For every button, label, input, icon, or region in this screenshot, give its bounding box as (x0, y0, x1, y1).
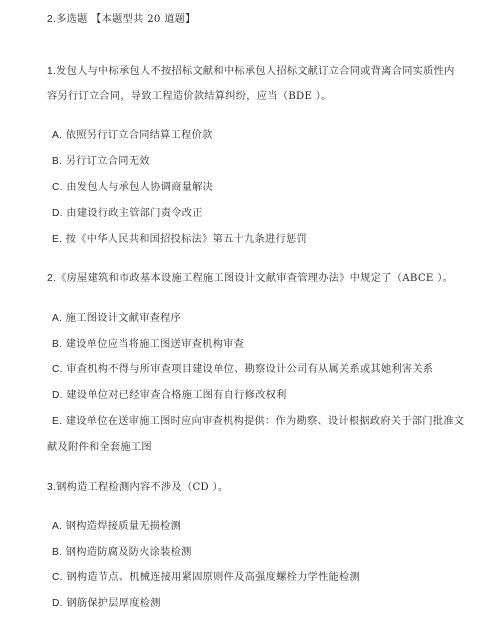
option-text: 施工图设计文献审查程序 (66, 313, 181, 324)
option-text: 由发包人与承包人协调商量解决 (66, 182, 213, 193)
option-text: 钢构造焊接质量无损检测 (66, 521, 181, 532)
question-3-option-c: C. 钢构造节点、机械连接用紧固原则件及高强度螺栓力学性能检测 (52, 571, 360, 585)
option-label: E. (52, 416, 62, 427)
option-label: B. (52, 156, 62, 167)
question-1-line-1: 1.发包人与中标承包人不按招标文献和中标承包人招标文献订立合同或背离合同实质性内 (47, 65, 455, 79)
question-3-option-b: B. 钢构造防腐及防火涂装检测 (52, 546, 192, 560)
question-2-option-e-continuation: 献及附件和全套施工图 (47, 441, 152, 455)
option-text: 建设单位在送审施工图时应向审查机构提供：作为勘察、设计根据政府关于部门批准文 (66, 416, 465, 427)
question-2-option-e: E. 建设单位在送审施工图时应向审查机构提供：作为勘察、设计根据政府关于部门批准… (52, 415, 464, 429)
section-title: 多选题 (56, 14, 87, 25)
option-text: 建设单位应当将施工图送审查机构审查 (66, 339, 244, 350)
question-1-option-c: C. 由发包人与承包人协调商量解决 (52, 181, 213, 195)
option-text: 按《中华人民共和国招投标法》第五十九条进行惩罚 (66, 234, 307, 245)
question-number: 3. (47, 482, 56, 493)
option-text: 依照另行订立合同结算工程价款 (66, 130, 213, 141)
option-label: C. (52, 182, 63, 193)
question-2-option-c: C. 审查机构不得与所审查项目建设单位、勘察设计公司有从属关系或其她利害关系 (52, 363, 433, 377)
question-3-option-a: A. 钢构造焊接质量无损检测 (52, 520, 181, 534)
question-2-option-d: D. 建设单位对已经审查合格施工图有自行修改权利 (52, 389, 287, 403)
option-label: D. (52, 598, 63, 609)
option-text: 建设单位对已经审查合格施工图有自行修改权利 (66, 390, 286, 401)
option-text: 由建设行政主管部门责令改正 (66, 208, 202, 219)
option-text: 钢筋保护层厚度检测 (66, 598, 160, 609)
question-2-option-b: B. 建设单位应当将施工图送审查机构审查 (52, 338, 244, 352)
option-text: 审查机构不得与所审查项目建设单位、勘察设计公司有从属关系或其她利害关系 (66, 364, 433, 375)
option-text: 钢构造防腐及防火涂装检测 (66, 547, 192, 558)
option-label: D. (52, 208, 63, 219)
option-text: 钢构造节点、机械连接用紧固原则件及高强度螺栓力学性能检测 (66, 572, 360, 583)
option-label: A. (52, 521, 62, 532)
option-label: A. (52, 130, 62, 141)
option-label: B. (52, 339, 62, 350)
option-label: C. (52, 572, 63, 583)
question-text: 《房屋建筑和市政基本设施工程施工图设计文献审查管理办法》中规定了（ABCE ）。 (56, 273, 453, 284)
question-text: 钢构造工程检测内容不涉及（CD ）。 (56, 482, 228, 493)
question-1-option-e: E. 按《中华人民共和国招投标法》第五十九条进行惩罚 (52, 233, 307, 247)
question-3-option-d: D. 钢筋保护层厚度检测 (52, 597, 161, 611)
option-label: D. (52, 390, 63, 401)
section-note: 【本题型共 20 道题】 (91, 14, 196, 25)
question-text: 发包人与中标承包人不按招标文献和中标承包人招标文献订立合同或背离合同实质性内 (56, 66, 455, 77)
question-number: 2. (47, 273, 56, 284)
option-label: B. (52, 547, 62, 558)
option-text: 另行订立合同无效 (66, 156, 150, 167)
question-1-line-2: 容另行订立合同，导致工程造价款结算纠纷，应当（BDE ）。 (47, 90, 332, 104)
option-label: E. (52, 234, 62, 245)
question-1-option-a: A. 依照另行订立合同结算工程价款 (52, 129, 213, 143)
option-label: C. (52, 364, 63, 375)
question-1-option-b: B. 另行订立合同无效 (52, 155, 150, 169)
section-header: 2.多选题 【本题型共 20 道题】 (47, 13, 196, 27)
question-2-option-a: A. 施工图设计文献审查程序 (52, 312, 181, 326)
question-3-line-1: 3.钢构造工程检测内容不涉及（CD ）。 (47, 481, 228, 495)
section-number: 2. (47, 14, 56, 25)
question-number: 1. (47, 66, 56, 77)
option-label: A. (52, 313, 62, 324)
question-2-line-1: 2.《房屋建筑和市政基本设施工程施工图设计文献审查管理办法》中规定了（ABCE … (47, 272, 453, 286)
question-1-option-d: D. 由建设行政主管部门责令改正 (52, 207, 203, 221)
